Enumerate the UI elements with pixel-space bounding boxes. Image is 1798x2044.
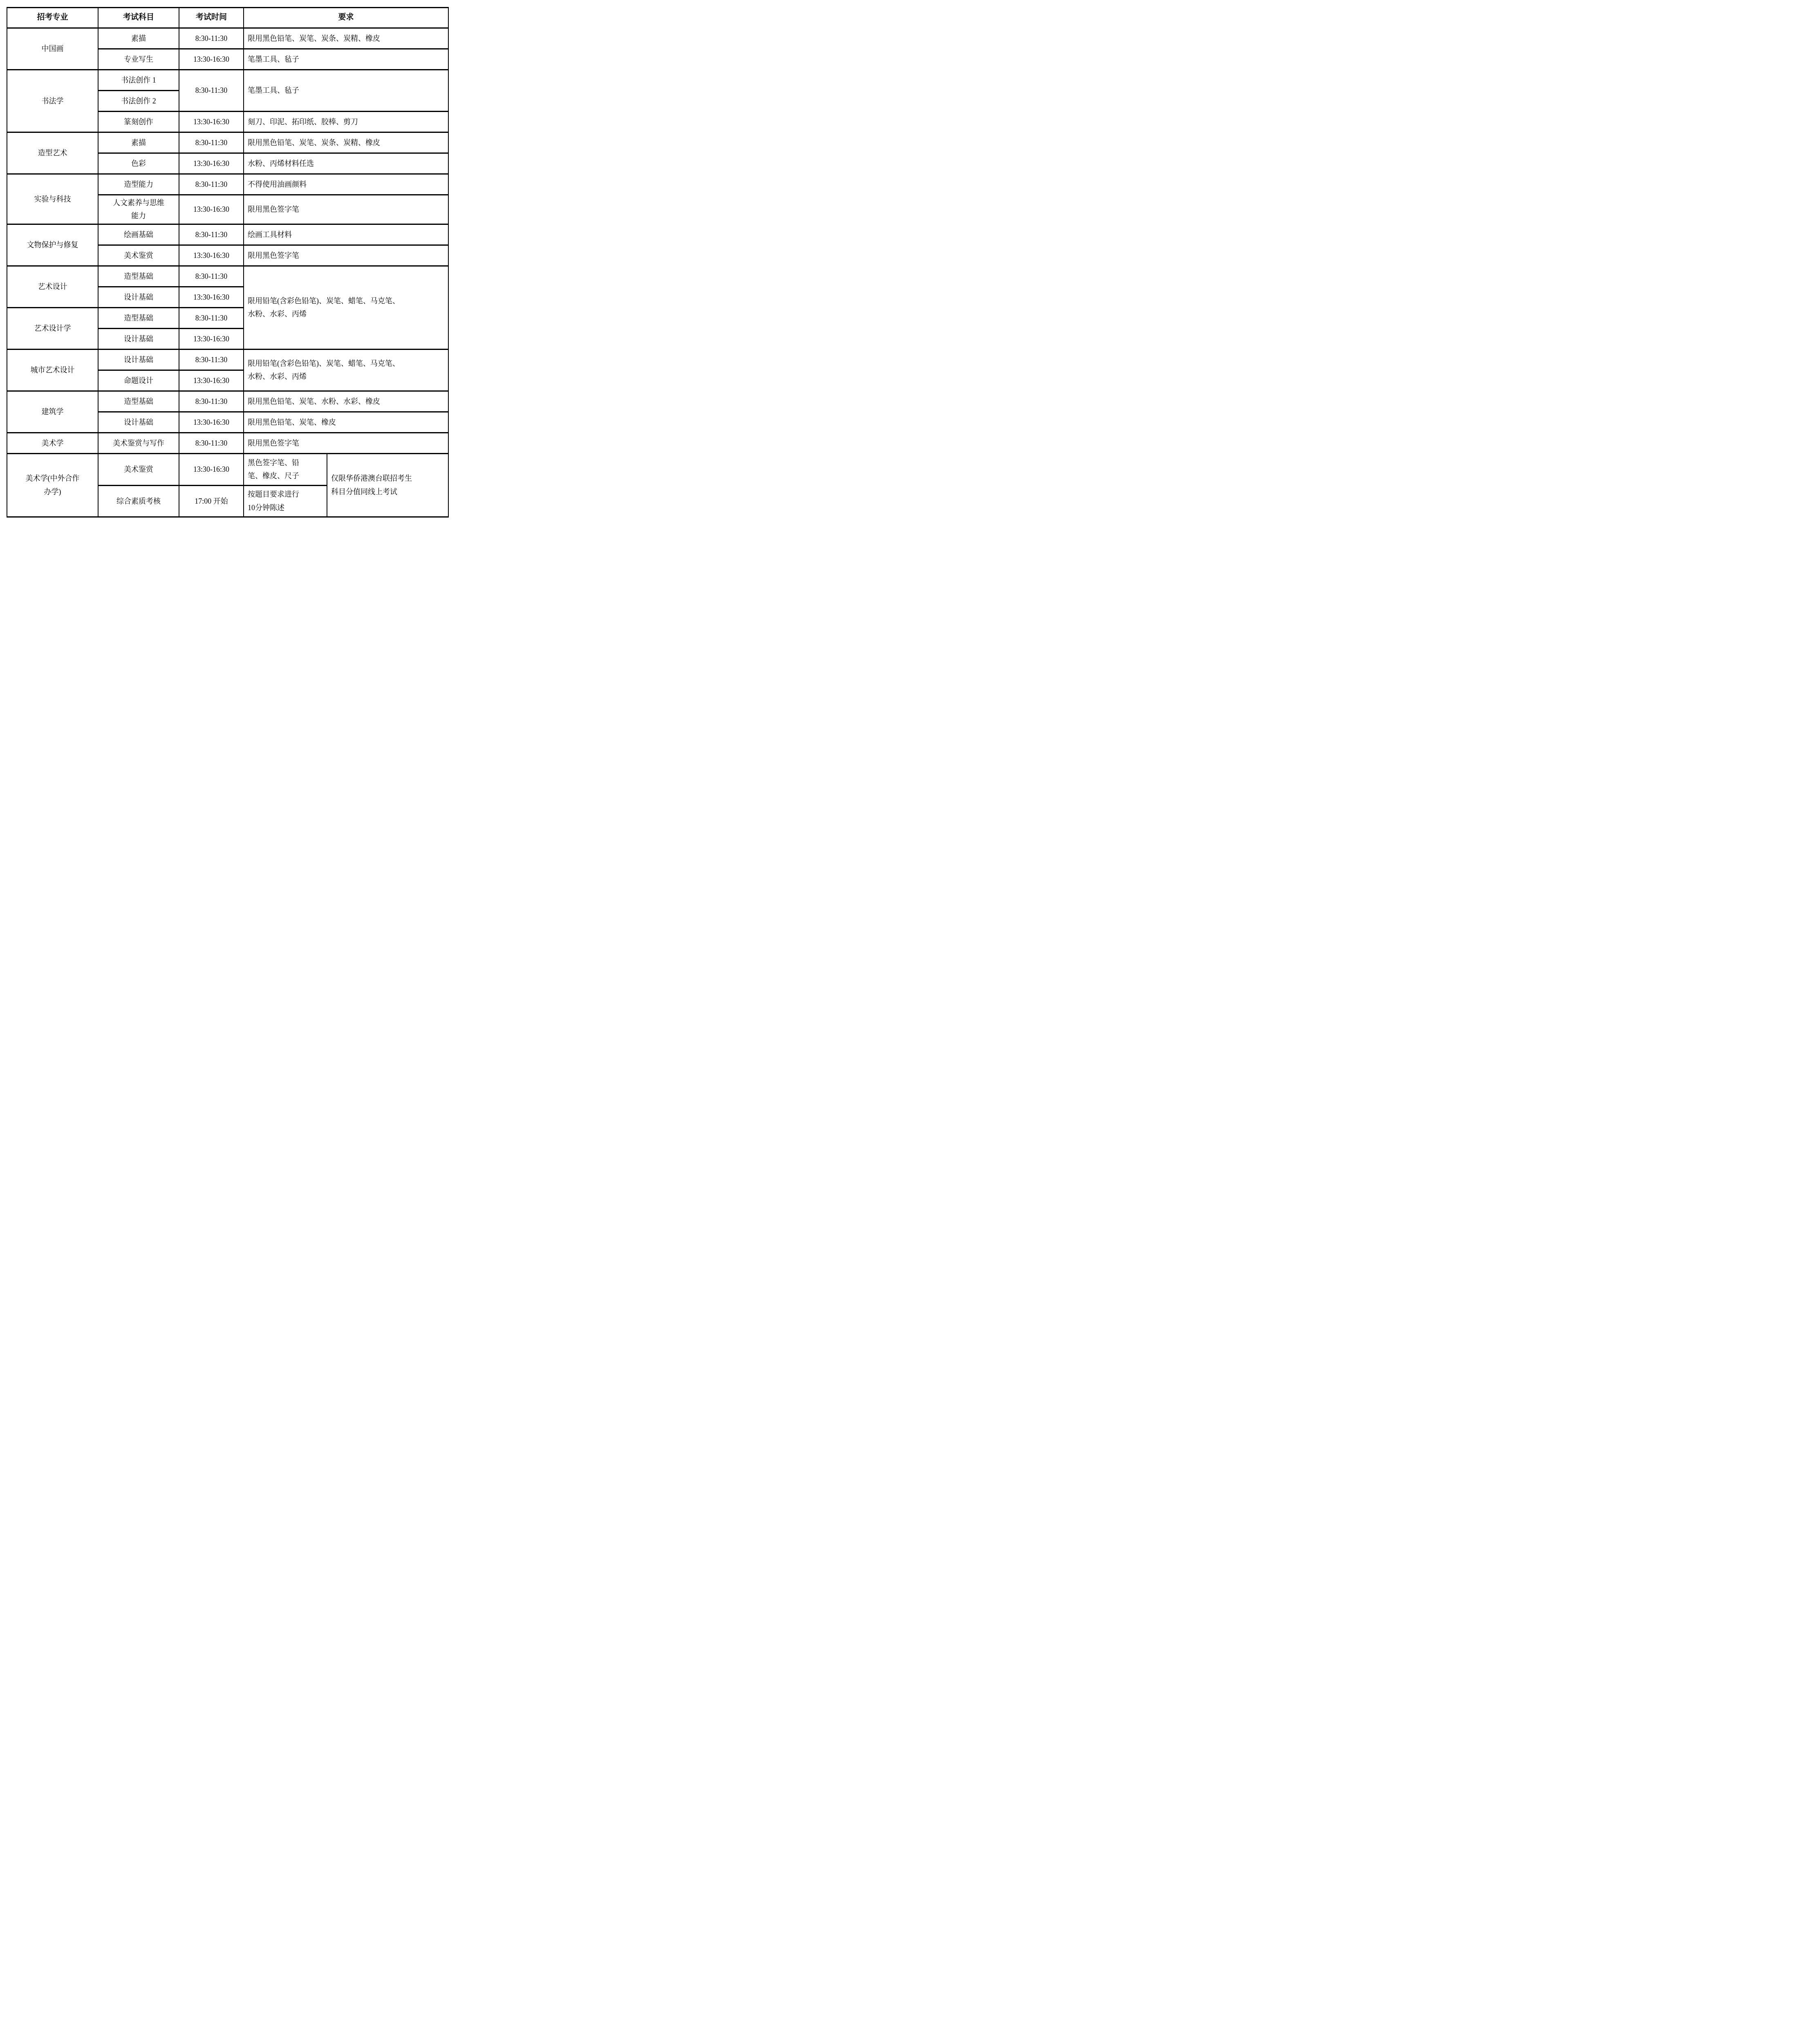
time-cell: 13:30-16:30 [179, 328, 244, 349]
subject-cell: 造型基础 [98, 266, 179, 287]
requirement-cell: 水粉、丙烯材料任选 [244, 153, 448, 174]
subject-cell: 设计基础 [98, 328, 179, 349]
major-cell: 实验与科技 [7, 174, 98, 224]
subject-cell: 命题设计 [98, 370, 179, 391]
requirement-cell: 限用黑色铅笔、炭笔、橡皮 [244, 412, 448, 433]
table-row: 城市艺术设计 设计基础 8:30-11:30 限用铅笔(含彩色铅笔)、炭笔、蜡笔… [7, 349, 448, 370]
subject-cell: 设计基础 [98, 349, 179, 370]
requirement-cell: 刻刀、印泥、拓印纸、胶棒、剪刀 [244, 112, 448, 132]
table-row: 书法学 书法创作 1 8:30-11:30 笔墨工具、毡子 [7, 70, 448, 91]
table-row: 建筑学 造型基础 8:30-11:30 限用黑色铅笔、炭笔、水粉、水彩、橡皮 [7, 391, 448, 412]
time-cell: 13:30-16:30 [179, 153, 244, 174]
time-cell: 8:30-11:30 [179, 70, 244, 112]
major-cell: 美术学(中外合作 办学) [7, 453, 98, 517]
subject-cell: 造型能力 [98, 174, 179, 195]
table-row: 中国画 素描 8:30-11:30 限用黑色铅笔、炭笔、炭条、炭精、橡皮 [7, 28, 448, 49]
subject-cell: 美术鉴赏与写作 [98, 433, 179, 453]
requirement-cell: 限用铅笔(含彩色铅笔)、炭笔、蜡笔、马克笔、 水粉、水彩、丙烯 [244, 349, 448, 391]
major-cell: 建筑学 [7, 391, 98, 433]
requirement-cell: 不得使用油画颜料 [244, 174, 448, 195]
subject-cell: 书法创作 1 [98, 70, 179, 91]
subject-cell: 美术鉴赏 [98, 245, 179, 266]
subject-cell: 色彩 [98, 153, 179, 174]
requirement-cell: 笔墨工具、毡子 [244, 70, 448, 112]
subject-cell: 素描 [98, 132, 179, 153]
time-cell: 13:30-16:30 [179, 195, 244, 224]
time-cell: 8:30-11:30 [179, 307, 244, 328]
time-cell: 8:30-11:30 [179, 266, 244, 287]
time-cell: 8:30-11:30 [179, 28, 244, 49]
header-time: 考试时间 [179, 8, 244, 28]
requirement-cell: 限用黑色铅笔、炭笔、炭条、炭精、橡皮 [244, 28, 448, 49]
subject-cell: 造型基础 [98, 391, 179, 412]
major-cell: 城市艺术设计 [7, 349, 98, 391]
time-cell: 8:30-11:30 [179, 391, 244, 412]
subject-cell: 设计基础 [98, 412, 179, 433]
subject-cell: 专业写生 [98, 49, 179, 70]
major-cell: 艺术设计学 [7, 307, 98, 349]
requirement-cell: 限用黑色铅笔、炭笔、炭条、炭精、橡皮 [244, 132, 448, 153]
major-cell: 艺术设计 [7, 266, 98, 307]
time-cell: 13:30-16:30 [179, 112, 244, 132]
requirement-cell: 限用黑色签字笔 [244, 245, 448, 266]
requirement-cell: 绘画工具材料 [244, 224, 448, 245]
time-cell: 8:30-11:30 [179, 224, 244, 245]
note-cell: 仅限华侨港澳台联招考生 科目分值同线上考试 [327, 453, 448, 517]
requirement-cell: 限用铅笔(含彩色铅笔)、炭笔、蜡笔、马克笔、 水粉、水彩、丙烯 [244, 266, 448, 349]
table-row: 文物保护与修复 绘画基础 8:30-11:30 绘画工具材料 [7, 224, 448, 245]
subject-cell: 综合素质考核 [98, 485, 179, 517]
header-subject: 考试科目 [98, 8, 179, 28]
subject-cell: 人文素养与思维 能力 [98, 195, 179, 224]
time-cell: 13:30-16:30 [179, 412, 244, 433]
header-row: 招考专业 考试科目 考试时间 要求 [7, 8, 448, 28]
time-cell: 13:30-16:30 [179, 245, 244, 266]
requirement-cell: 限用黑色铅笔、炭笔、水粉、水彩、橡皮 [244, 391, 448, 412]
subject-cell: 造型基础 [98, 307, 179, 328]
time-cell: 13:30-16:30 [179, 287, 244, 307]
time-cell: 17:00 开始 [179, 485, 244, 517]
subject-cell: 美术鉴赏 [98, 453, 179, 485]
requirement-cell: 笔墨工具、毡子 [244, 49, 448, 70]
requirement-cell: 按题目要求进行 10分钟陈述 [244, 485, 327, 517]
major-cell: 造型艺术 [7, 132, 98, 174]
time-cell: 8:30-11:30 [179, 132, 244, 153]
table-row: 艺术设计 造型基础 8:30-11:30 限用铅笔(含彩色铅笔)、炭笔、蜡笔、马… [7, 266, 448, 287]
subject-cell: 篆刻创作 [98, 112, 179, 132]
time-cell: 13:30-16:30 [179, 453, 244, 485]
table-row: 美术学(中外合作 办学) 美术鉴赏 13:30-16:30 黑色签字笔、铅 笔、… [7, 453, 448, 485]
time-cell: 8:30-11:30 [179, 433, 244, 453]
document-page: { "table": { "headers": { "major": "招考专业… [0, 0, 450, 529]
table-row: 美术学 美术鉴赏与写作 8:30-11:30 限用黑色签字笔 [7, 433, 448, 453]
time-cell: 8:30-11:30 [179, 174, 244, 195]
major-cell: 中国画 [7, 28, 98, 70]
major-cell: 书法学 [7, 70, 98, 132]
header-major: 招考专业 [7, 8, 98, 28]
table-row: 造型艺术 素描 8:30-11:30 限用黑色铅笔、炭笔、炭条、炭精、橡皮 [7, 132, 448, 153]
time-cell: 13:30-16:30 [179, 49, 244, 70]
subject-cell: 素描 [98, 28, 179, 49]
requirement-cell: 黑色签字笔、铅 笔、橡皮、尺子 [244, 453, 327, 485]
major-cell: 美术学 [7, 433, 98, 453]
requirement-cell: 限用黑色签字笔 [244, 195, 448, 224]
time-cell: 8:30-11:30 [179, 349, 244, 370]
subject-cell: 绘画基础 [98, 224, 179, 245]
header-requirement: 要求 [244, 8, 448, 28]
subject-cell: 设计基础 [98, 287, 179, 307]
table-row: 实验与科技 造型能力 8:30-11:30 不得使用油画颜料 [7, 174, 448, 195]
time-cell: 13:30-16:30 [179, 370, 244, 391]
subject-cell: 书法创作 2 [98, 91, 179, 112]
requirement-cell: 限用黑色签字笔 [244, 433, 448, 453]
exam-schedule-table: 招考专业 考试科目 考试时间 要求 中国画 素描 8:30-11:30 限用黑色… [7, 7, 449, 518]
major-cell: 文物保护与修复 [7, 224, 98, 266]
